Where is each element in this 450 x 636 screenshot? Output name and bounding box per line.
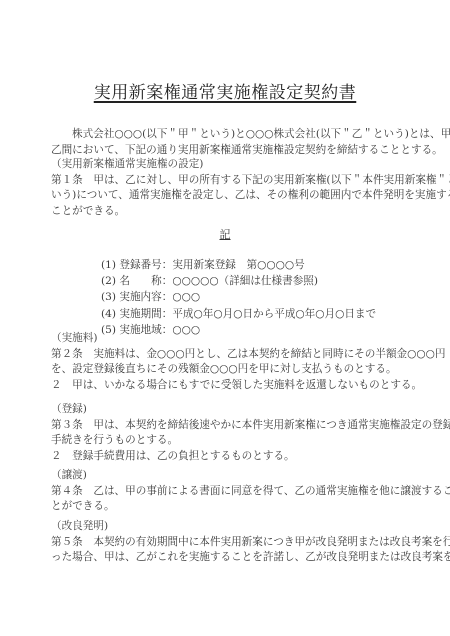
article-4: （譲渡) 第４条 乙は、甲の事前による書面に同意を得て、乙の通常実施権を他に譲渡… xyxy=(51,468,396,515)
preamble-line: 株式会社○○○(以下＂甲＂という)と○○○株式会社(以下＂乙＂という)とは、甲・ xyxy=(51,127,396,143)
article-line: ２ 登録手続費用は、乙の負担とするものとする。 xyxy=(51,449,396,465)
article-5: （改良発明) 第５条 本契約の有効期間中に本件実用新案につき甲が改良発明または改… xyxy=(51,519,396,566)
article-heading: （改良発明) xyxy=(51,519,396,535)
ki-text: 記 xyxy=(220,228,231,241)
article-2: （実施料) 第２条 実施料は、金○○○円とし、乙は本契約を締結と同時にその半額金… xyxy=(51,331,396,393)
article-line: ２ 甲は、いかなる場合にもすでに受領した実施料を返還しないものとする。 xyxy=(51,378,396,394)
article-line: を、設定登録後直ちにその残額金○○○円を甲に対し支払うものとする。 xyxy=(51,362,396,378)
article-line: 第４条 乙は、甲の事前による書面に同意を得て、乙の通常実施権を他に譲渡するこ xyxy=(51,484,396,500)
list-item: (4) 実施期間：平成○年○月○日から平成○年○月○日まで xyxy=(101,306,376,322)
document-title: 実用新案権通常実施権設定契約書 xyxy=(0,78,450,103)
title-text: 実用新案権通常実施権設定契約書 xyxy=(94,83,357,103)
ki-label: 記 xyxy=(0,226,450,242)
article-heading: （実施料) xyxy=(51,331,396,347)
article-line: 手続きを行うものとする。 xyxy=(51,433,396,449)
article-heading: （譲渡) xyxy=(51,468,396,484)
article-line: 第３条 甲は、本契約を締結後速やかに本件実用新案権につき通常実施権設定の登録 xyxy=(51,418,396,434)
article-line: 第２条 実施料は、金○○○円とし、乙は本契約を締結と同時にその半額金○○○円 xyxy=(51,347,396,363)
article-heading: （実用新案権通常実施権の設定) xyxy=(51,157,396,173)
article-line: 第５条 本契約の有効期間中に本件実用新案につき甲が改良発明または改良考案を行 xyxy=(51,535,396,551)
item-list: (1) 登録番号：実用新案登録 第○○○○号 (2) 名 称：○○○○○（詳細は… xyxy=(101,257,376,338)
article-line: 第１条 甲は、乙に対し、甲の所有する下記の実用新案権(以下＂本件実用新案権＂と xyxy=(51,173,396,189)
list-item: (3) 実施内容：○○○ xyxy=(101,289,376,305)
article-3: （登録) 第３条 甲は、本契約を締結後速やかに本件実用新案権につき通常実施権設定… xyxy=(51,402,396,464)
preamble-line: 乙間において、下記の通り実用新案権通常実施権設定契約を締結することとする。 xyxy=(51,143,396,159)
article-1: （実用新案権通常実施権の設定) 第１条 甲は、乙に対し、甲の所有する下記の実用新… xyxy=(51,157,396,219)
article-line: った場合、甲は、乙がこれを実施することを許諾し、乙が改良発明または改良考案を xyxy=(51,550,396,566)
article-heading: （登録) xyxy=(51,402,396,418)
article-line: ことができる。 xyxy=(51,204,396,220)
article-line: いう)について、通常実施権を設定し、乙は、その権利の範囲内で本件発明を実施する xyxy=(51,188,396,204)
document-page: 実用新案権通常実施権設定契約書 株式会社○○○(以下＂甲＂という)と○○○株式会… xyxy=(0,0,450,636)
article-line: とができる。 xyxy=(51,499,396,515)
list-item: (1) 登録番号：実用新案登録 第○○○○号 xyxy=(101,257,376,273)
list-item: (2) 名 称：○○○○○（詳細は仕様書参照) xyxy=(101,273,376,289)
preamble: 株式会社○○○(以下＂甲＂という)と○○○株式会社(以下＂乙＂という)とは、甲・… xyxy=(51,127,396,158)
